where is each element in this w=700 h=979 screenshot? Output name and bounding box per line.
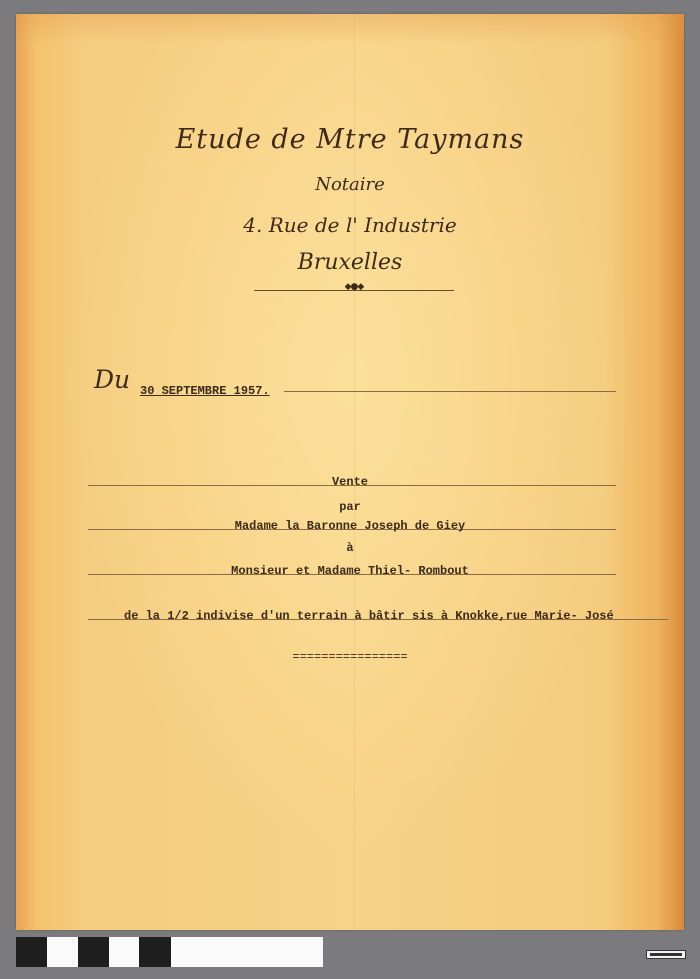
by-label: par xyxy=(16,500,684,514)
letterhead-city: Bruxelles xyxy=(16,250,684,275)
buyer-name: Monsieur et Madame Thiel- Rombout xyxy=(16,564,684,578)
barcode-icon xyxy=(650,953,682,956)
color-scale-black xyxy=(16,937,47,967)
deed-type: Vente xyxy=(16,475,684,489)
seller-name: Madame la Baronne Joseph de Giey xyxy=(16,519,684,533)
barcode-label xyxy=(646,950,686,959)
color-scale-white xyxy=(47,937,78,967)
color-scale-white xyxy=(171,937,323,967)
color-scale-white xyxy=(109,937,139,967)
date-value: 30 SEPTEMBRE 1957. xyxy=(140,384,270,398)
color-scale-black xyxy=(78,937,109,967)
separator: ================ xyxy=(16,650,684,664)
color-scale-black xyxy=(139,937,171,967)
deed-object: de la 1/2 indivise d'un terrain à bâtir … xyxy=(124,609,614,623)
letterhead-title: Etude de Mtre Taymans xyxy=(16,124,684,155)
ornament-icon: ◆●◆ xyxy=(336,282,372,292)
document-page: Etude de Mtre Taymans Notaire 4. Rue de … xyxy=(16,14,684,930)
letterhead-address: 4. Rue de l' Industrie xyxy=(16,213,684,237)
to-label: à xyxy=(16,541,684,555)
date-prefix: Du xyxy=(94,365,130,394)
date-rule xyxy=(284,391,616,392)
letterhead-profession: Notaire xyxy=(16,174,684,195)
